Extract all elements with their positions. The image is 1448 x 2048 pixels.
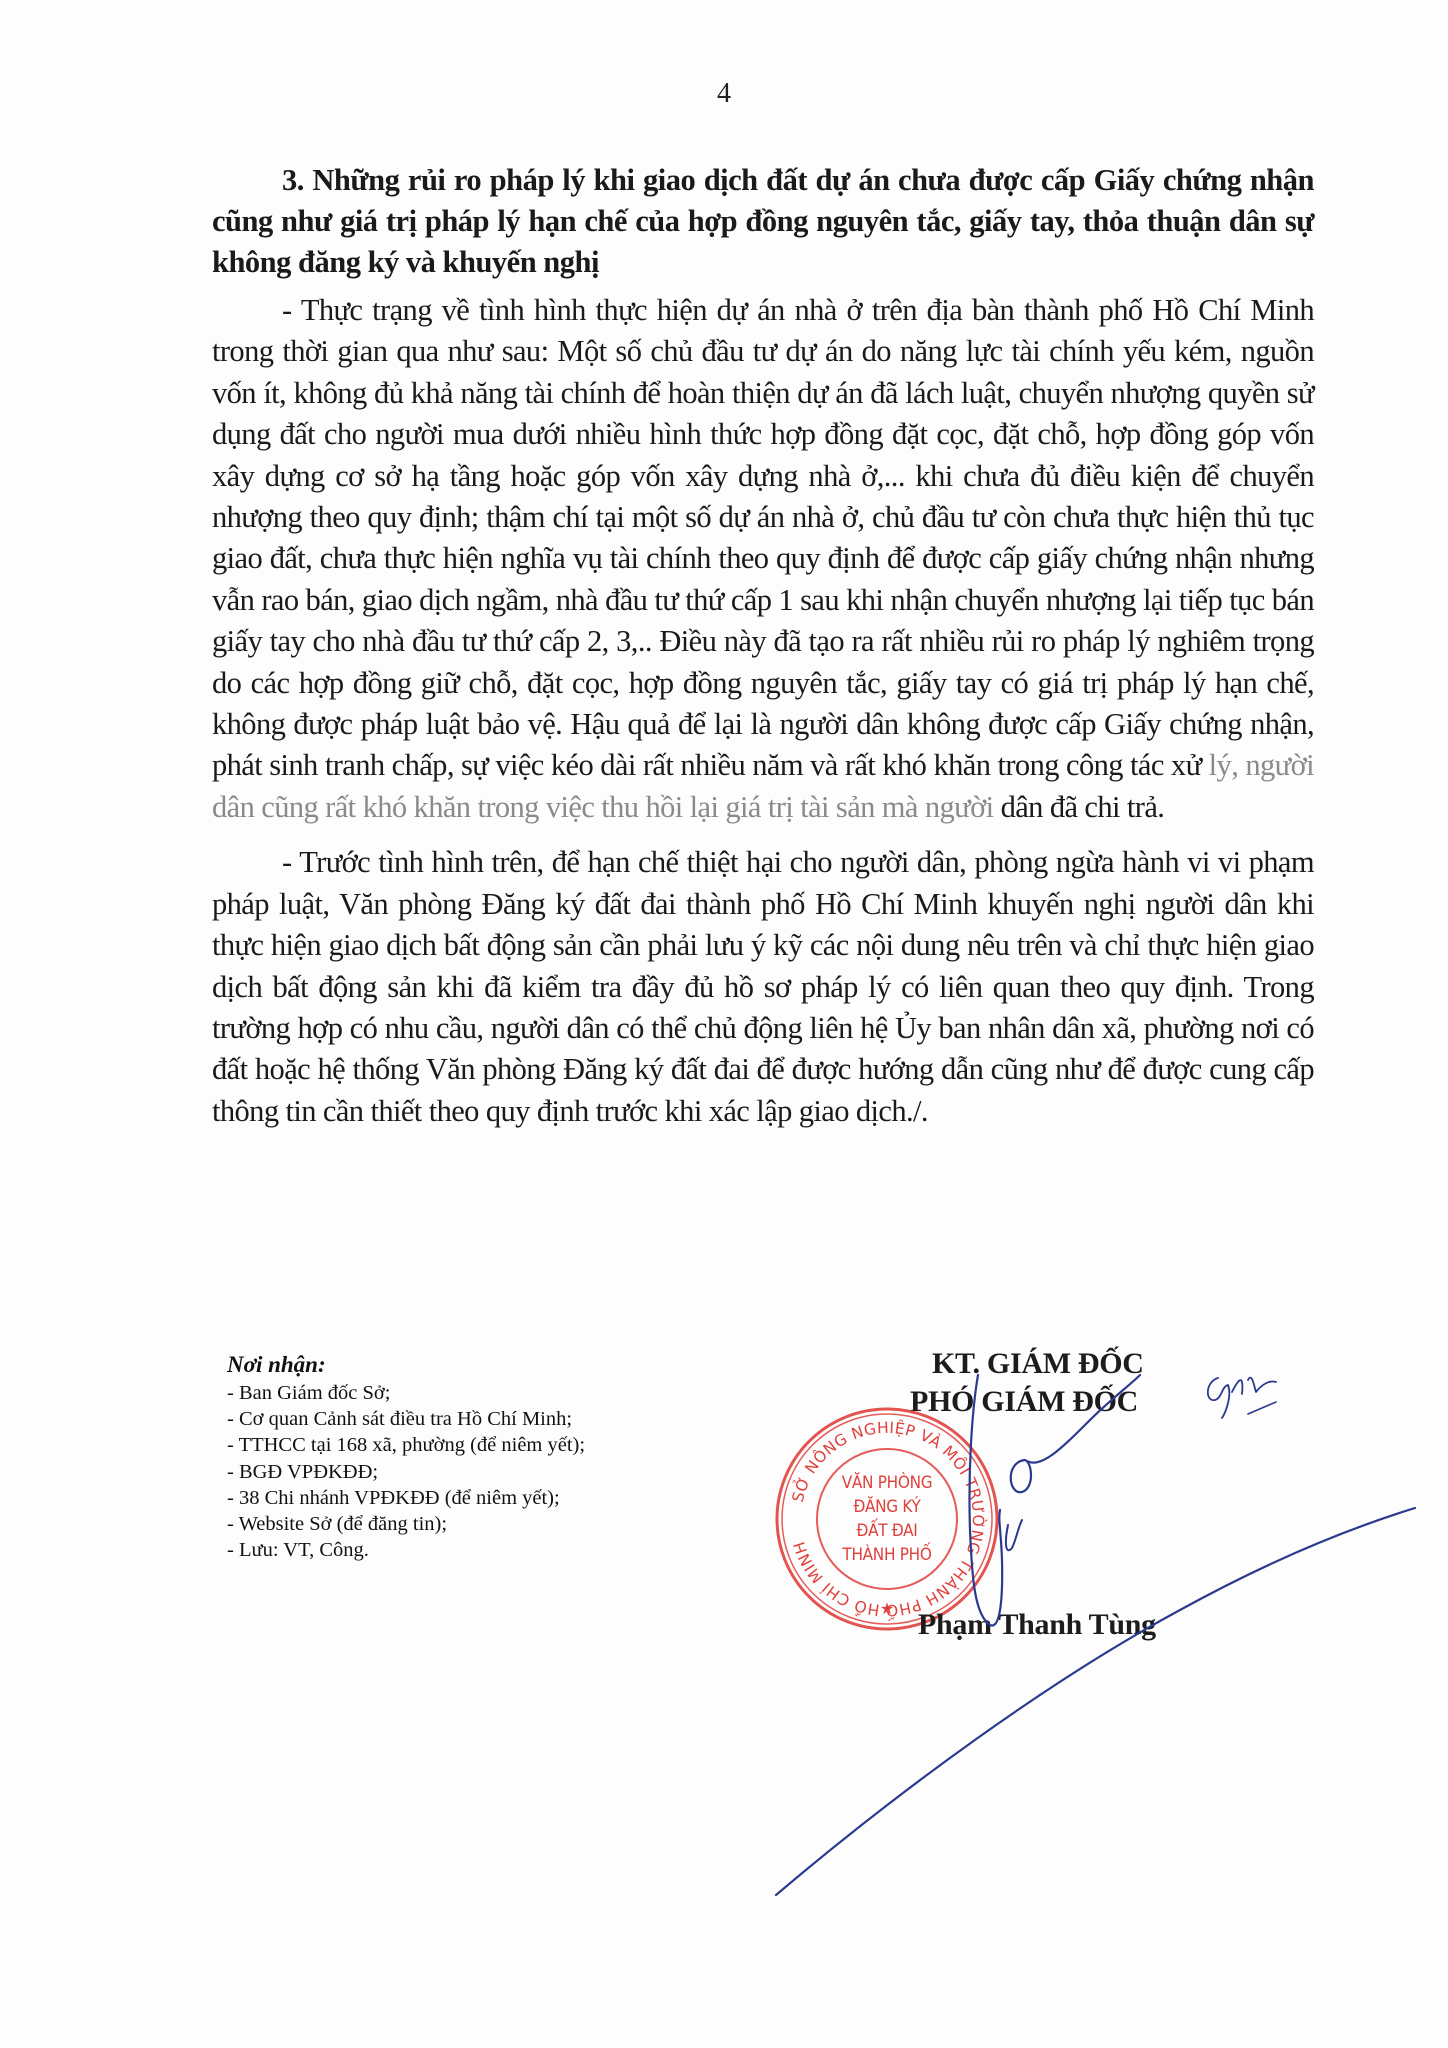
- stamp-line: ĐĂNG KÝ: [853, 1495, 920, 1519]
- recipients-title: Nơi nhận:: [227, 1350, 747, 1380]
- recipient-item: - Cơ quan Cảnh sát điều tra Hồ Chí Minh;: [227, 1406, 747, 1432]
- section-heading: 3. Những rủi ro pháp lý khi giao dịch đấ…: [212, 160, 1314, 283]
- recipients-block: Nơi nhận: - Ban Giám đốc Sở; - Cơ quan C…: [227, 1350, 747, 1563]
- stamp-line: VĂN PHÒNG: [842, 1471, 933, 1495]
- stamp-center-text: VĂN PHÒNG ĐĂNG KÝ ĐẤT ĐAI THÀNH PHỐ: [772, 1404, 1002, 1634]
- recipient-item: - 38 Chi nhánh VPĐKĐĐ (để niêm yết);: [227, 1485, 747, 1511]
- page-number: 4: [0, 78, 1448, 110]
- recipient-item: - Ban Giám đốc Sở;: [227, 1380, 747, 1406]
- paragraph-situation-end: dân đã chi trả.: [1001, 790, 1165, 824]
- recipient-item: - BGĐ VPĐKĐĐ;: [227, 1459, 747, 1485]
- document-body: 3. Những rủi ro pháp lý khi giao dịch đấ…: [212, 160, 1314, 1132]
- paragraph-situation-text: - Thực trạng về tình hình thực hiện dự á…: [212, 293, 1314, 782]
- paragraph-recommendation: - Trước tình hình trên, để hạn chế thiệt…: [212, 842, 1314, 1132]
- official-stamp: SỞ NÔNG NGHIỆP VÀ MÔI TRƯỜNG THÀNH PHỐ H…: [772, 1404, 1002, 1634]
- recipient-item: - Website Sở (để đăng tin);: [227, 1511, 747, 1537]
- recipient-item: - TTHCC tại 168 xã, phường (để niêm yết)…: [227, 1432, 747, 1458]
- signer-name: Phạm Thanh Tùng: [918, 1608, 1156, 1642]
- recipient-item: - Lưu: VT, Công.: [227, 1537, 747, 1563]
- stamp-line: ĐẤT ĐAI: [857, 1519, 918, 1543]
- paragraph-situation: - Thực trạng về tình hình thực hiện dự á…: [212, 290, 1314, 828]
- stamp-line: THÀNH PHỐ: [842, 1543, 931, 1567]
- signature-title-line-1: KT. GIÁM ĐỐC: [880, 1345, 1320, 1383]
- recipients-list: - Ban Giám đốc Sở; - Cơ quan Cảnh sát đi…: [227, 1380, 747, 1563]
